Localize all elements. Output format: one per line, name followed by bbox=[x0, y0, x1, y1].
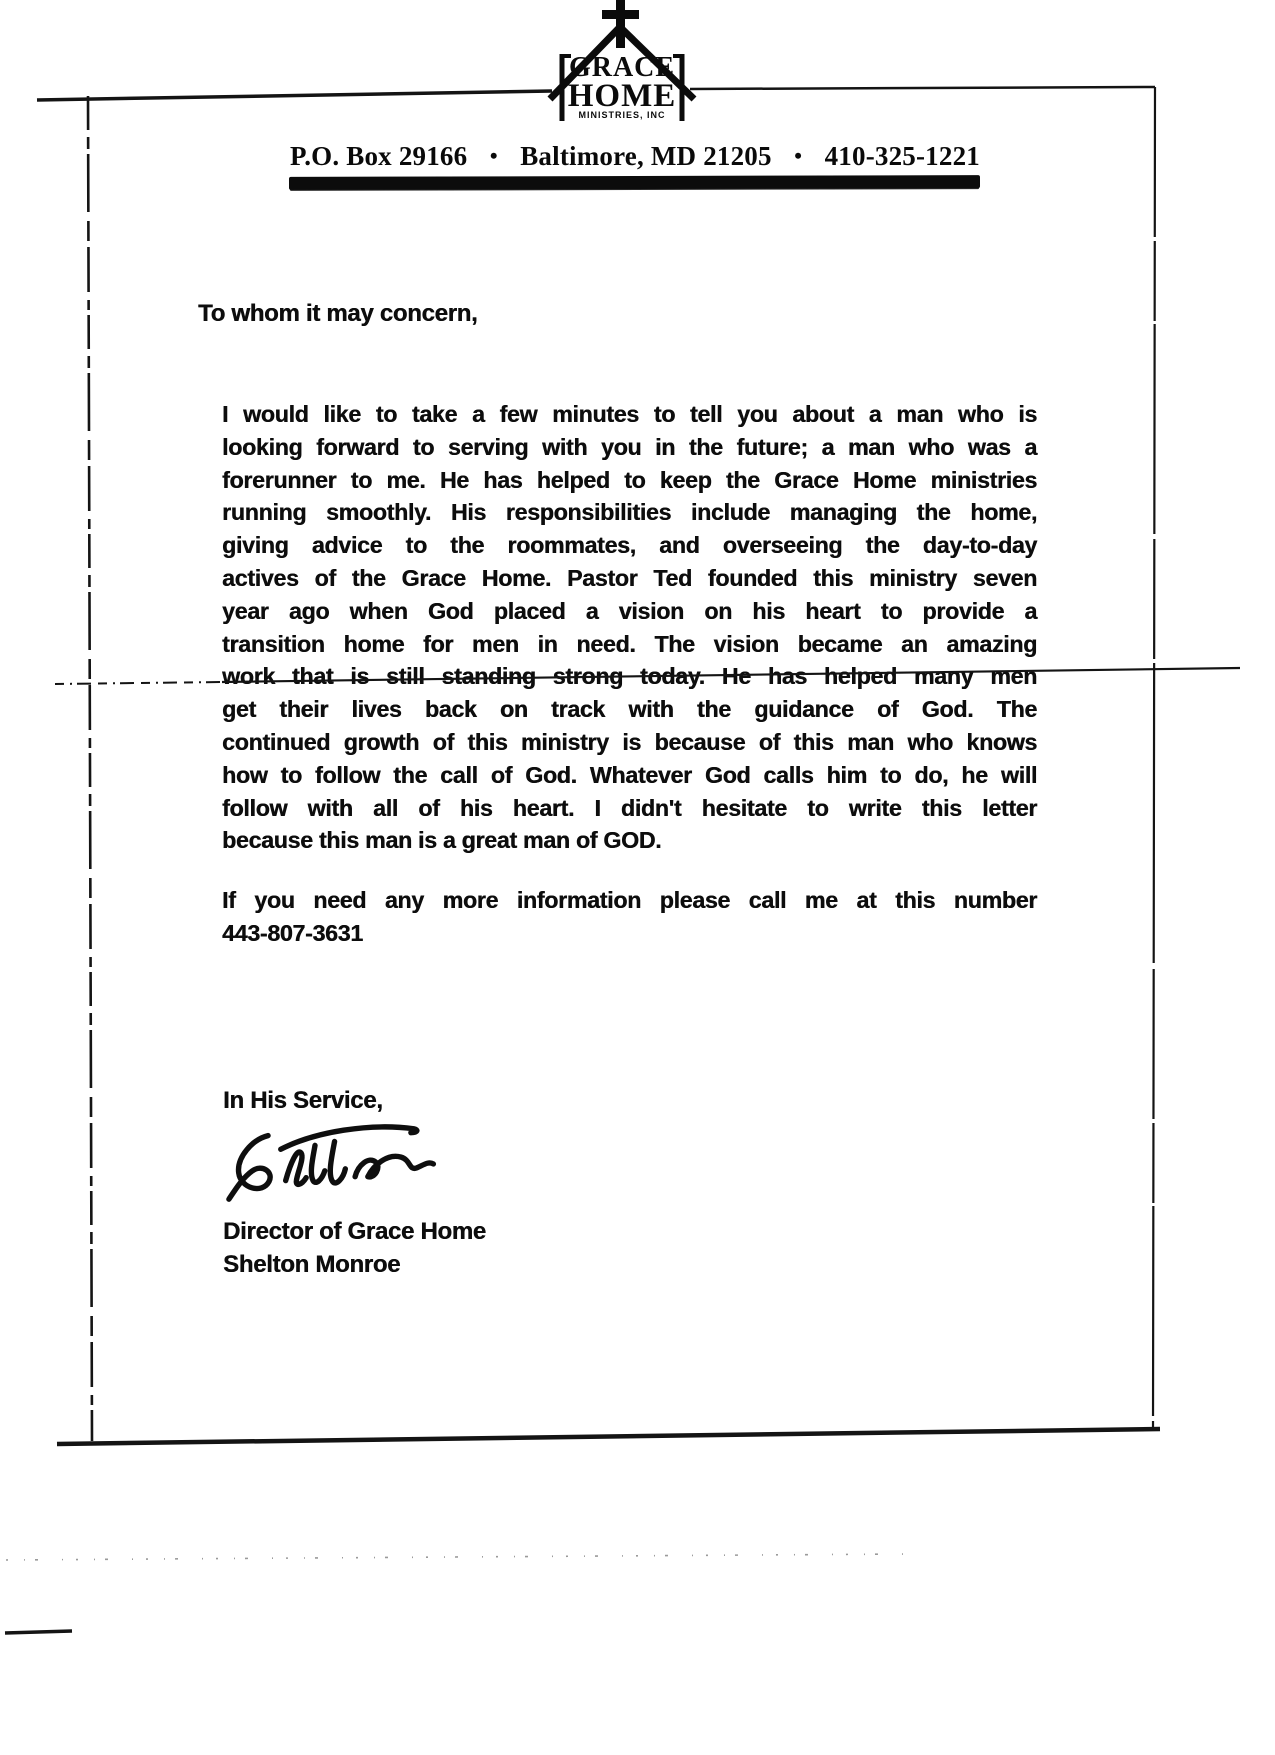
paragraph-line: I would like to take a few minutes to te… bbox=[222, 398, 1037, 431]
letterhead-address-row: P.O. Box 29166 • Baltimore, MD 21205 • 4… bbox=[290, 141, 980, 175]
logo-text-ministries: MINISTRIES, INC bbox=[578, 110, 665, 120]
scan-streak-dashed bbox=[55, 682, 222, 684]
bullet-separator: • bbox=[490, 143, 498, 169]
signature-scribble-icon bbox=[225, 1116, 450, 1209]
bottom-border bbox=[57, 1429, 1160, 1444]
letterhead-underline-bar bbox=[289, 175, 980, 190]
paragraph-line: If you need any more information please … bbox=[222, 884, 1037, 917]
signer-title: Director of Grace Home bbox=[223, 1218, 486, 1246]
scan-noise-row bbox=[6, 1554, 905, 1560]
paragraph-line: get their lives back on track with the g… bbox=[222, 693, 1037, 726]
po-box-text: P.O. Box 29166 bbox=[290, 141, 467, 172]
scan-mark-bottom-left bbox=[5, 1631, 72, 1633]
paragraph-line: looking forward to serving with you in t… bbox=[222, 431, 1037, 464]
paragraph-line: continued growth of this ministry is bec… bbox=[222, 726, 1037, 759]
handwritten-signature bbox=[225, 1116, 450, 1212]
paragraph-line: 443-807-3631 bbox=[222, 917, 1037, 950]
scanned-letter-page: GRACE HOME MINISTRIES, INC P.O. Box 2916… bbox=[0, 0, 1275, 1755]
bullet-separator: • bbox=[794, 143, 802, 169]
paragraph-line: actives of the Grace Home. Pastor Ted fo… bbox=[222, 562, 1037, 595]
phone-text: 410-325-1221 bbox=[825, 141, 980, 172]
right-border bbox=[1153, 87, 1155, 1431]
paragraph-line: running smoothly. His responsibilities i… bbox=[222, 496, 1037, 529]
paragraph-line: because this man is a great man of GOD. bbox=[222, 824, 1037, 857]
body-paragraph-2: If you need any more information please … bbox=[222, 884, 1037, 950]
salutation: To whom it may concern, bbox=[198, 300, 477, 328]
paragraph-line: year ago when God placed a vision on his… bbox=[222, 595, 1037, 628]
closing-line: In His Service, bbox=[223, 1087, 383, 1115]
paragraph-line: work that is still standing strong today… bbox=[222, 660, 1037, 693]
logo-text-home: HOME bbox=[568, 78, 677, 114]
scan-frame-overlay bbox=[0, 0, 1275, 1755]
top-border-right bbox=[690, 87, 1155, 89]
paragraph-line: transition home for men in need. The vis… bbox=[222, 628, 1037, 661]
church-house-cross-icon: GRACE HOME MINISTRIES, INC bbox=[542, 0, 702, 124]
grace-home-logo: GRACE HOME MINISTRIES, INC bbox=[542, 0, 702, 124]
left-border bbox=[88, 96, 92, 1441]
city-text: Baltimore, MD 21205 bbox=[520, 141, 772, 172]
paragraph-line: how to follow the call of God. Whatever … bbox=[222, 759, 1037, 792]
paragraph-line: forerunner to me. He has helped to keep … bbox=[222, 464, 1037, 497]
paragraph-line: giving advice to the roommates, and over… bbox=[222, 529, 1037, 562]
body-paragraph-1: I would like to take a few minutes to te… bbox=[222, 398, 1037, 857]
paragraph-line: follow with all of his heart. I didn't h… bbox=[222, 792, 1037, 825]
top-border-left bbox=[37, 91, 552, 100]
signer-name: Shelton Monroe bbox=[223, 1251, 400, 1279]
